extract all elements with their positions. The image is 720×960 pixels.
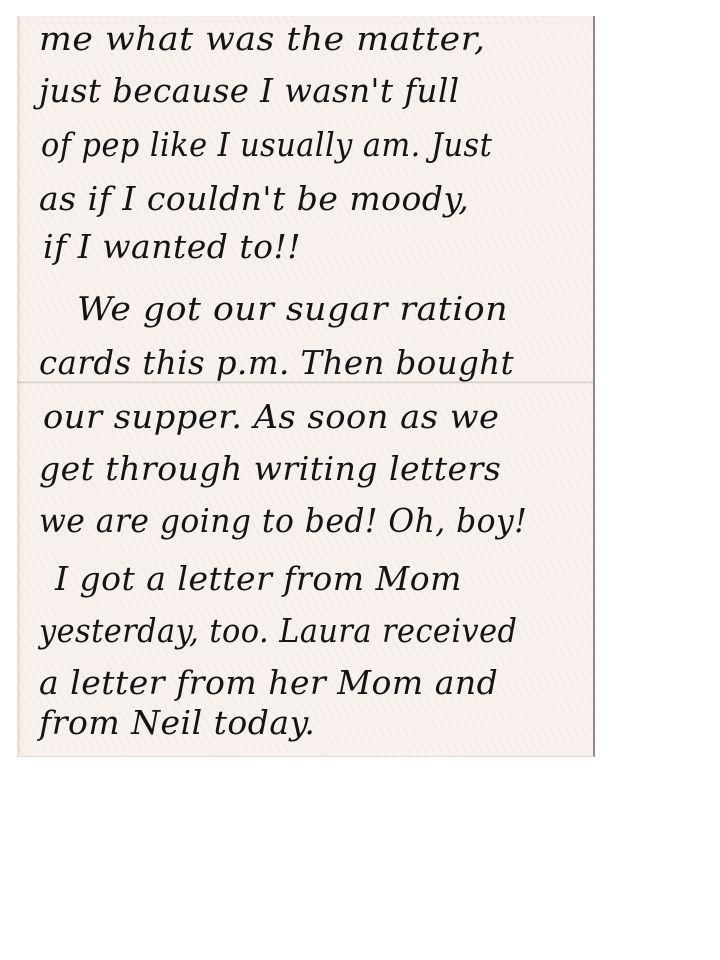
handwriting-line: We got our sugar ration [77,292,508,325]
handwriting-line: me what was the matter, [39,22,486,55]
handwriting-line: cards this p.m. Then bought [39,346,514,379]
handwriting-line: of pep like I usually am. Just [41,128,492,161]
handwriting-line: as if I couldn't be moody, [39,182,469,215]
handwriting-line: our supper. As soon as we [43,400,499,433]
handwriting-line: from Neil today. [39,706,315,739]
handwriting-line: a letter from her Mom and [39,666,498,699]
handwriting-line: yesterday, too. Laura received [39,614,517,647]
handwriting-line: just because I wasn't full [39,74,460,107]
handwriting-line: get through writing letters [39,452,501,485]
handwriting-line: if I wanted to!! [43,230,301,263]
handwriting-line: I got a letter from Mom [55,562,462,595]
handwriting-line: we are going to bed! Oh, boy! [39,504,527,537]
letter-page: me what was the matter, just because I w… [17,16,595,757]
handwritten-text: me what was the matter, just because I w… [17,16,593,756]
